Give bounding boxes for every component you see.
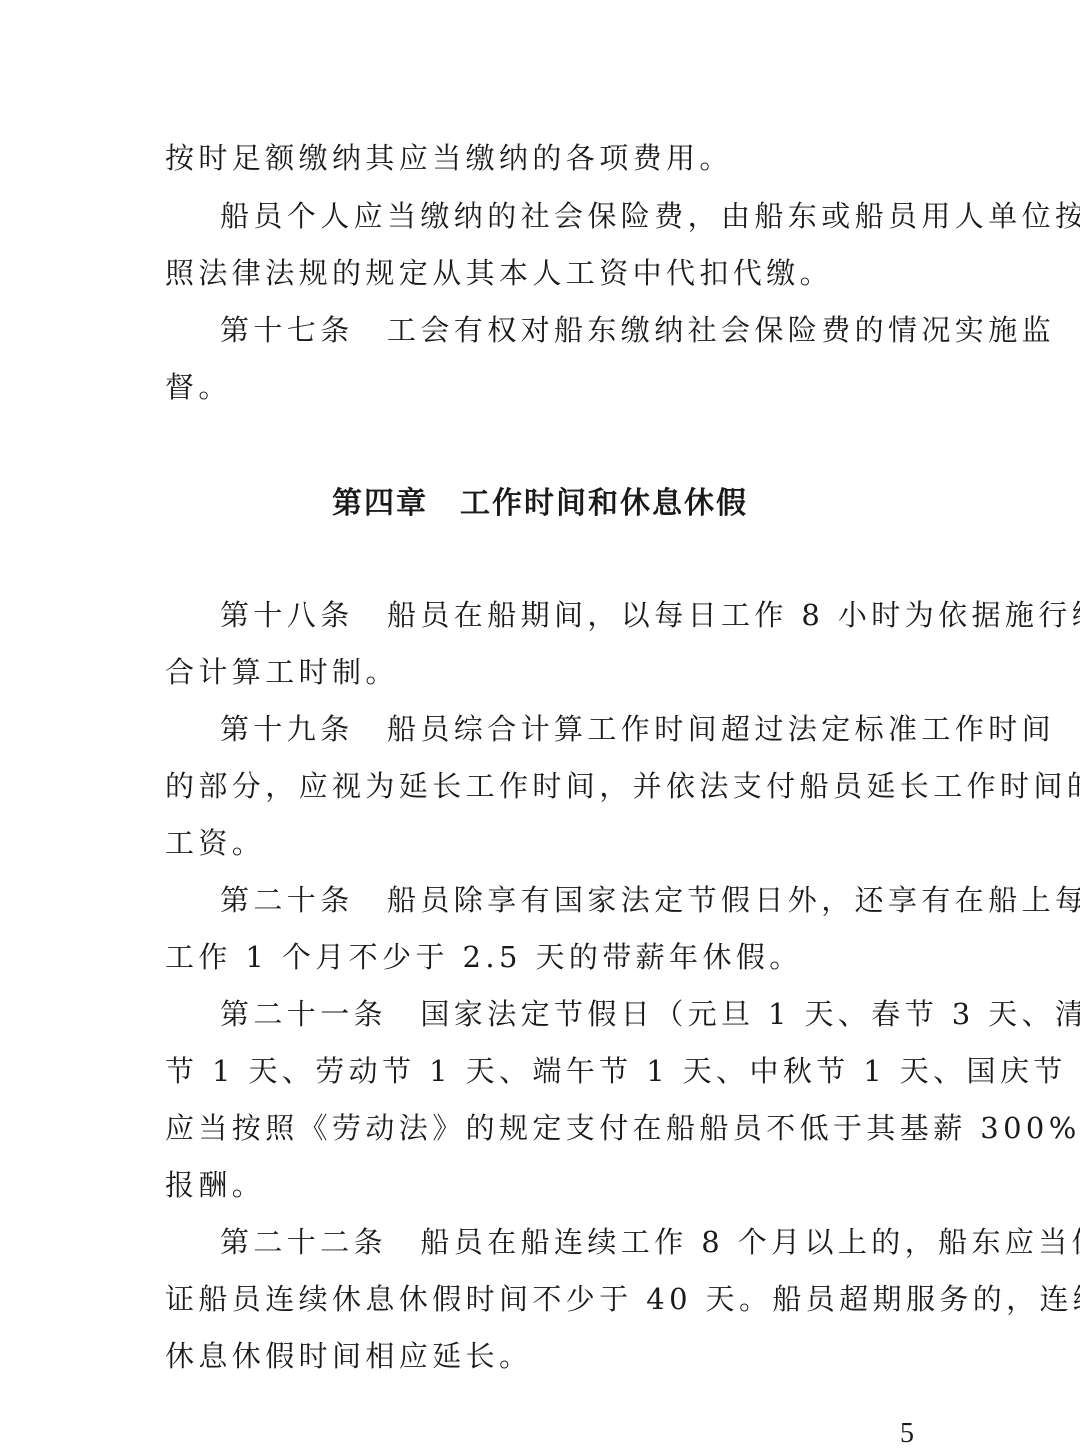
chapter-heading: 第四章 工作时间和休息休假 — [0, 478, 1080, 522]
text-line: 的部分，应视为延长工作时间，并依法支付船员延长工作时间的 — [165, 766, 1080, 806]
text-line: 督。 — [165, 367, 232, 407]
article-17: 第十七条 工会有权对船东缴纳社会保险费的情况实施监 — [220, 310, 1055, 350]
text-line: 工资。 — [165, 823, 265, 863]
document-page: 按时足额缴纳其应当缴纳的各项费用。 船员个人应当缴纳的社会保险费，由船东或船员用… — [0, 0, 1080, 1456]
text-line: 节 1 天、劳动节 1 天、端午节 1 天、中秋节 1 天、国庆节 3 天）， — [165, 1051, 1080, 1091]
text-line: 工作 1 个月不少于 2.5 天的带薪年休假。 — [165, 937, 803, 977]
text-line: 报酬。 — [165, 1165, 265, 1205]
text-line: 合计算工时制。 — [165, 652, 399, 692]
text-line: 应当按照《劳动法》的规定支付在船船员不低于其基薪 300%的 — [165, 1108, 1080, 1148]
text-line: 按时足额缴纳其应当缴纳的各项费用。 — [165, 138, 733, 178]
article-21: 第二十一条 国家法定节假日（元旦 1 天、春节 3 天、清明 — [220, 994, 1080, 1034]
article-19: 第十九条 船员综合计算工作时间超过法定标准工作时间 — [220, 709, 1055, 749]
text-line: 休息休假时间相应延长。 — [165, 1336, 532, 1376]
article-18: 第十八条 船员在船期间，以每日工作 8 小时为依据施行综 — [220, 595, 1080, 635]
text-line: 证船员连续休息休假时间不少于 40 天。船员超期服务的，连续 — [165, 1279, 1080, 1319]
page-number: 5 — [900, 1418, 914, 1450]
article-22: 第二十二条 船员在船连续工作 8 个月以上的，船东应当保 — [220, 1222, 1080, 1262]
paragraph-insurance-deduction: 船员个人应当缴纳的社会保险费，由船东或船员用人单位按 — [220, 196, 1080, 236]
text-line: 照法律法规的规定从其本人工资中代扣代缴。 — [165, 253, 833, 293]
article-20: 第二十条 船员除享有国家法定节假日外，还享有在船上每 — [220, 880, 1080, 920]
